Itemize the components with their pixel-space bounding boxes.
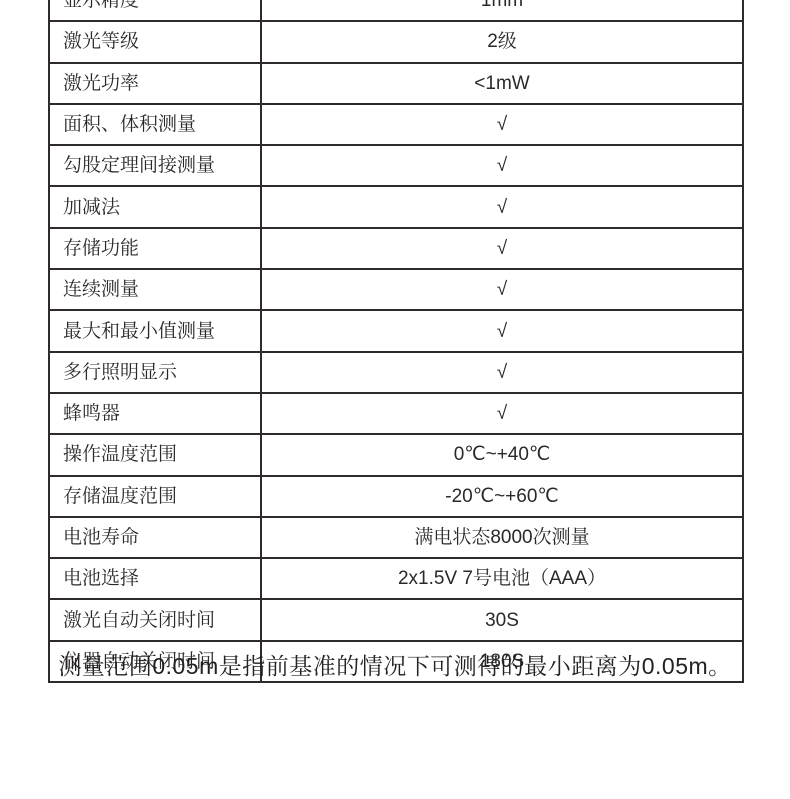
spec-value-cell: √: [261, 393, 743, 434]
table-row: 连续测量 √: [49, 269, 743, 310]
spec-value-cell: √: [261, 269, 743, 310]
table-row: 加减法 √: [49, 186, 743, 227]
footnote-text: 测量范围0.05m是指前基准的情况下可测得的最小距离为0.05m。: [0, 652, 790, 682]
spec-label-cell: 操作温度范围: [49, 434, 261, 475]
table-row: 勾股定理间接测量 √: [49, 145, 743, 186]
spec-value-cell: √: [261, 228, 743, 269]
spec-label-cell: 电池寿命: [49, 517, 261, 558]
spec-table: 显示精度 1mm 激光等级 2级 激光功率 <1mW 面积、体积测量 √ 勾股定…: [48, 0, 744, 683]
spec-value-cell: √: [261, 104, 743, 145]
spec-value-cell: √: [261, 186, 743, 227]
spec-label-cell: 蜂鸣器: [49, 393, 261, 434]
spec-label-cell: 多行照明显示: [49, 352, 261, 393]
table-row: 电池寿命 满电状态8000次测量: [49, 517, 743, 558]
table-row: 操作温度范围 0℃~+40℃: [49, 434, 743, 475]
table-row: 多行照明显示 √: [49, 352, 743, 393]
spec-label-cell: 面积、体积测量: [49, 104, 261, 145]
spec-value-cell: √: [261, 310, 743, 351]
spec-value-cell: 2级: [261, 21, 743, 62]
spec-label-cell: 激光功率: [49, 63, 261, 104]
spec-label-cell: 电池选择: [49, 558, 261, 599]
spec-label-cell: 连续测量: [49, 269, 261, 310]
table-row: 电池选择 2x1.5V 7号电池（AAA）: [49, 558, 743, 599]
table-row: 面积、体积测量 √: [49, 104, 743, 145]
spec-value-cell: √: [261, 352, 743, 393]
spec-sheet-page: 显示精度 1mm 激光等级 2级 激光功率 <1mW 面积、体积测量 √ 勾股定…: [0, 0, 790, 799]
table-row: 存储温度范围 -20℃~+60℃: [49, 476, 743, 517]
spec-value-cell: -20℃~+60℃: [261, 476, 743, 517]
table-row: 蜂鸣器 √: [49, 393, 743, 434]
spec-label-cell: 激光自动关闭时间: [49, 599, 261, 640]
spec-value-cell: √: [261, 145, 743, 186]
spec-label-cell: 加减法: [49, 186, 261, 227]
spec-value-cell: 2x1.5V 7号电池（AAA）: [261, 558, 743, 599]
spec-value-cell: 0℃~+40℃: [261, 434, 743, 475]
spec-value-cell: 1mm: [261, 0, 743, 21]
table-row: 最大和最小值测量 √: [49, 310, 743, 351]
spec-label-cell: 激光等级: [49, 21, 261, 62]
table-row: 激光等级 2级: [49, 21, 743, 62]
spec-table-body: 显示精度 1mm 激光等级 2级 激光功率 <1mW 面积、体积测量 √ 勾股定…: [49, 0, 743, 682]
table-row: 激光功率 <1mW: [49, 63, 743, 104]
spec-value-cell: 30S: [261, 599, 743, 640]
spec-value-cell: <1mW: [261, 63, 743, 104]
spec-label-cell: 最大和最小值测量: [49, 310, 261, 351]
table-row: 显示精度 1mm: [49, 0, 743, 21]
spec-label-cell: 显示精度: [49, 0, 261, 21]
table-row: 存储功能 √: [49, 228, 743, 269]
spec-label-cell: 存储功能: [49, 228, 261, 269]
spec-label-cell: 存储温度范围: [49, 476, 261, 517]
table-row: 激光自动关闭时间 30S: [49, 599, 743, 640]
spec-label-cell: 勾股定理间接测量: [49, 145, 261, 186]
spec-value-cell: 满电状态8000次测量: [261, 517, 743, 558]
